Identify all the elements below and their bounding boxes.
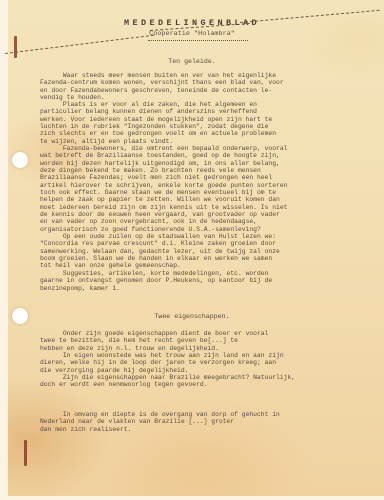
paragraph: Waar steeds meer mensen buiten en ver va… bbox=[40, 72, 360, 101]
subtitle-underline bbox=[148, 40, 248, 41]
paragraph: In eigen woonstede was het trouw aan zij… bbox=[40, 352, 360, 374]
page-edge bbox=[0, 0, 8, 500]
paragraph: Plaats is er voor al die zaken, die het … bbox=[40, 101, 360, 145]
paragraph: Onder zijn goede eigenschappen dient de … bbox=[40, 330, 360, 352]
paragraph: Fazenda-bewoners, die omtrent een bepaal… bbox=[40, 145, 360, 233]
paragraph: In omvang en diepte is de overgang van d… bbox=[40, 411, 360, 433]
section-title: Twee eigenschappen. bbox=[0, 313, 384, 320]
section-title: Ten geleide. bbox=[0, 58, 384, 65]
rust-stain bbox=[14, 36, 17, 58]
paragraph: Suggesties, artikelen, korte mededelinge… bbox=[40, 270, 360, 292]
subtitle: Cooperatie "Holambra" bbox=[0, 30, 384, 38]
page-edge-bottom bbox=[0, 496, 384, 500]
masthead: MEDEDELINGENBLAD bbox=[0, 18, 384, 28]
paragraph: Op een oude zuilen op de stadswallen van… bbox=[40, 233, 360, 270]
punch-hole bbox=[12, 152, 28, 168]
rust-stain bbox=[24, 440, 27, 466]
paragraph: Zijn die eigenschappen naar Brazilie mee… bbox=[40, 374, 360, 389]
